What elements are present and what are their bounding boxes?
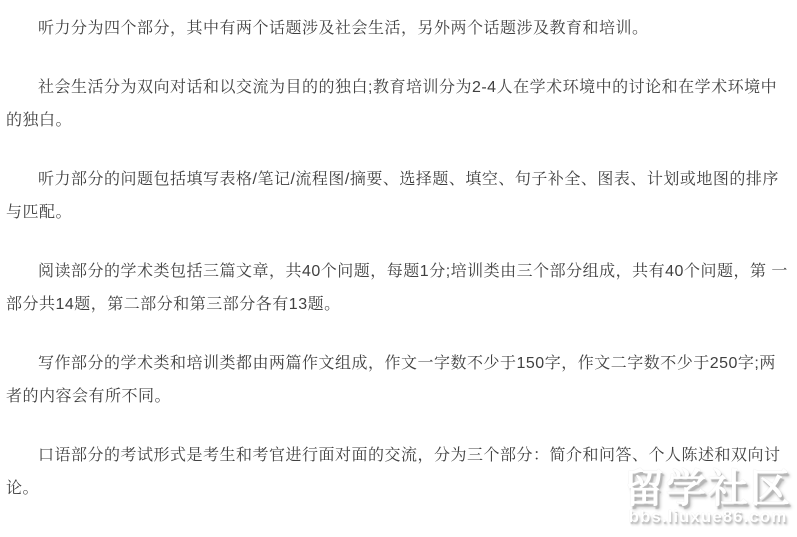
- paragraph-social-life-split: 社会生活分为双向对话和以交流为目的的独白;教育培训分为2-4人在学术环境中的讨论…: [6, 71, 790, 137]
- paragraph-listening-question-types: 听力部分的问题包括填写表格/笔记/流程图/摘要、选择题、填空、句子补全、图表、计…: [6, 163, 790, 229]
- paragraph-writing-section: 写作部分的学术类和培训类都由两篇作文组成，作文一字数不少于150字，作文二字数不…: [6, 347, 790, 413]
- paragraph-speaking-section: 口语部分的考试形式是考生和考官进行面对面的交流，分为三个部分：简介和问答、个人陈…: [6, 439, 790, 505]
- watermark-site-url: bbs.liuxue86.com: [624, 508, 792, 527]
- paragraph-listening-overview: 听力分为四个部分，其中有两个话题涉及社会生活，另外两个话题涉及教育和培训。: [6, 12, 790, 45]
- paragraph-reading-section: 阅读部分的学术类包括三篇文章，共40个问题，每题1分;培训类由三个部分组成，共有…: [6, 255, 790, 321]
- article-body: 听力分为四个部分，其中有两个话题涉及社会生活，另外两个话题涉及教育和培训。 社会…: [0, 0, 797, 505]
